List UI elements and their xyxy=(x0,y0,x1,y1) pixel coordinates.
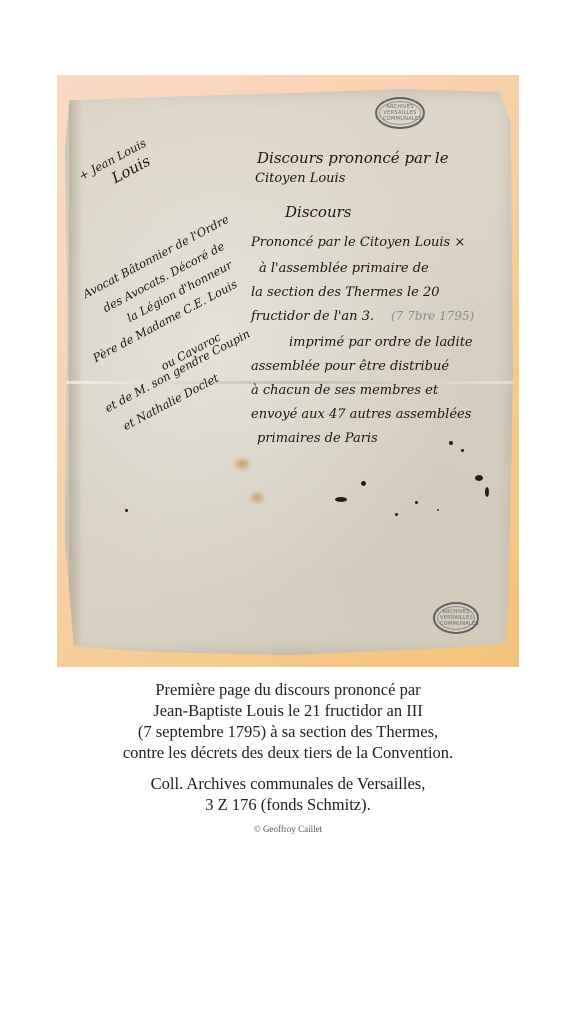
manuscript-line: primaires de Paris xyxy=(257,431,378,446)
ink-blot xyxy=(395,513,398,516)
ink-blot xyxy=(335,497,347,502)
manuscript-line: assemblée pour être distribué xyxy=(251,359,449,374)
manuscript-line: fructidor de l'an 3. xyxy=(251,309,374,324)
manuscript-photo: ARCHIVES VERSAILLES COMMUNALES ARCHIVES … xyxy=(57,75,519,667)
manuscript-line: Prononcé par le Citoyen Louis × xyxy=(251,235,465,250)
ink-blot xyxy=(475,475,483,481)
manuscript-subheading: Discours xyxy=(285,203,351,221)
manuscript-paper: ARCHIVES VERSAILLES COMMUNALES ARCHIVES … xyxy=(65,89,513,655)
manuscript-line: envoyé aux 47 autres assemblées xyxy=(251,407,471,422)
stain-mark xyxy=(251,493,263,502)
caption-line: (7 septembre 1795) à sa section des Ther… xyxy=(0,721,576,742)
caption-line: contre les décrets des deux tiers de la … xyxy=(0,742,576,763)
stamp-label: ARCHIVES VERSAILLES COMMUNALES xyxy=(440,609,472,627)
collection-line: 3 Z 176 (fonds Schmitz). xyxy=(0,794,576,815)
collection-line: Coll. Archives communales de Versailles, xyxy=(0,773,576,794)
stamp-label: ARCHIVES VERSAILLES COMMUNALES xyxy=(383,104,417,122)
stain-mark xyxy=(235,459,249,469)
photo-credit: © Geoffroy Caillet xyxy=(0,824,576,834)
archive-stamp-top: ARCHIVES VERSAILLES COMMUNALES xyxy=(375,97,425,129)
pencil-date-note: (7 7bre 1795) xyxy=(391,309,474,323)
manuscript-heading: Discours prononcé par le xyxy=(257,149,449,167)
manuscript-line: imprimé par ordre de ladite xyxy=(289,335,473,350)
ink-blot xyxy=(437,509,439,511)
manuscript-line: la section des Thermes le 20 xyxy=(251,285,440,300)
ink-blot xyxy=(449,441,453,445)
collection-credit: Coll. Archives communales de Versailles,… xyxy=(0,773,576,815)
manuscript-line: Citoyen Louis xyxy=(255,171,345,186)
image-caption: Première page du discours prononcé par J… xyxy=(0,679,576,763)
caption-line: Première page du discours prononcé par xyxy=(0,679,576,700)
archive-stamp-bottom: ARCHIVES VERSAILLES COMMUNALES xyxy=(433,602,479,634)
ink-blot xyxy=(125,509,128,512)
ink-blot xyxy=(461,449,464,452)
ink-blot xyxy=(485,487,489,497)
caption-line: Jean-Baptiste Louis le 21 fructidor an I… xyxy=(0,700,576,721)
manuscript-line: à l'assemblée primaire de xyxy=(259,261,429,276)
manuscript-line: à chacun de ses membres et xyxy=(251,383,438,398)
ink-blot xyxy=(361,481,366,486)
ink-blot xyxy=(415,501,418,504)
